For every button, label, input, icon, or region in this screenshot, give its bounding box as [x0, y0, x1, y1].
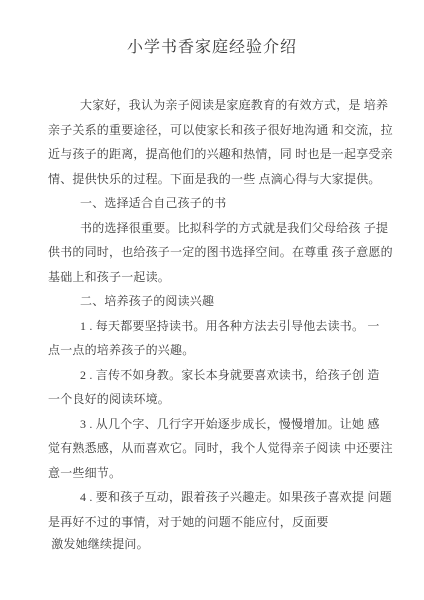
section-heading-2: 二、培养孩子的阅读兴趣 — [48, 289, 404, 314]
text-line: 亲子关系的重要途径，可以使家长和孩子很好地沟通 和交流，拉 — [48, 118, 404, 143]
text-line: 大家好，我认为亲子阅读是家庭教育的有效方式，是 培养 — [48, 93, 404, 118]
text-line: 书的选择很重要。比拟科学的方式就是我们父母给孩 子提 — [48, 216, 404, 241]
document-body: 大家好，我认为亲子阅读是家庭教育的有效方式，是 培养 亲子关系的重要途径，可以使… — [0, 93, 424, 554]
heading-line: 一、选择适合自己孩子的书 — [48, 191, 404, 216]
document-title: 小学书香家庭经验介绍 — [0, 0, 424, 59]
text-line: 供书的同时，也给孩子一定的图书选择空间。在尊重 孩子意愿的 — [48, 240, 404, 265]
text-line: 意一些细节。 — [48, 461, 404, 486]
list-item-1: 1 . 每天都要坚持读书。用各种方法去引导他去读书。 一 点一点的培养孩子的兴趣… — [48, 314, 404, 363]
text-line: 觉有熟悉感，从而喜欢它。同时，我个人觉得亲子阅读 中还要注 — [48, 436, 404, 461]
list-item-4: 4 . 要和孩子互动，跟着孩子兴趣走。如果孩子喜欢提 问题 是再好不过的事情，对… — [48, 485, 404, 554]
text-line: 激发她继续提问。 — [48, 534, 404, 554]
list-item-3: 3 . 从几个字、几行字开始逐步成长，慢慢增加。让她 感 觉有熟悉感，从而喜欢它… — [48, 412, 404, 486]
text-line: 点一点的培养孩子的兴趣。 — [48, 338, 404, 363]
text-line: 1 . 每天都要坚持读书。用各种方法去引导他去读书。 一 — [48, 314, 404, 339]
text-line: 情、提供快乐的过程。下面是我的一些 点滴心得与大家提供。 — [48, 167, 404, 192]
document-page: 小学书香家庭经验介绍 大家好，我认为亲子阅读是家庭教育的有效方式，是 培养 亲子… — [0, 0, 424, 600]
paragraph-intro: 大家好，我认为亲子阅读是家庭教育的有效方式，是 培养 亲子关系的重要途径，可以使… — [48, 93, 404, 191]
list-item-2: 2 . 言传不如身教。家长本身就要喜欢读书，给孩子创 造 一个良好的阅读环境。 — [48, 363, 404, 412]
text-line: 是再好不过的事情，对于她的问题不能应付，反面要 — [48, 510, 404, 535]
text-line: 基础上和孩子一起读。 — [48, 265, 404, 290]
heading-line: 二、培养孩子的阅读兴趣 — [48, 289, 404, 314]
paragraph-book-choice: 书的选择很重要。比拟科学的方式就是我们父母给孩 子提 供书的同时，也给孩子一定的… — [48, 216, 404, 290]
text-line: 4 . 要和孩子互动，跟着孩子兴趣走。如果孩子喜欢提 问题 — [48, 485, 404, 510]
text-line: 2 . 言传不如身教。家长本身就要喜欢读书，给孩子创 造 — [48, 363, 404, 388]
text-line: 近与孩子的距离，提高他们的兴趣和热情，同 时也是一起享受亲 — [48, 142, 404, 167]
text-line: 3 . 从几个字、几行字开始逐步成长，慢慢增加。让她 感 — [48, 412, 404, 437]
section-heading-1: 一、选择适合自己孩子的书 — [48, 191, 404, 216]
text-line: 一个良好的阅读环境。 — [48, 387, 404, 412]
